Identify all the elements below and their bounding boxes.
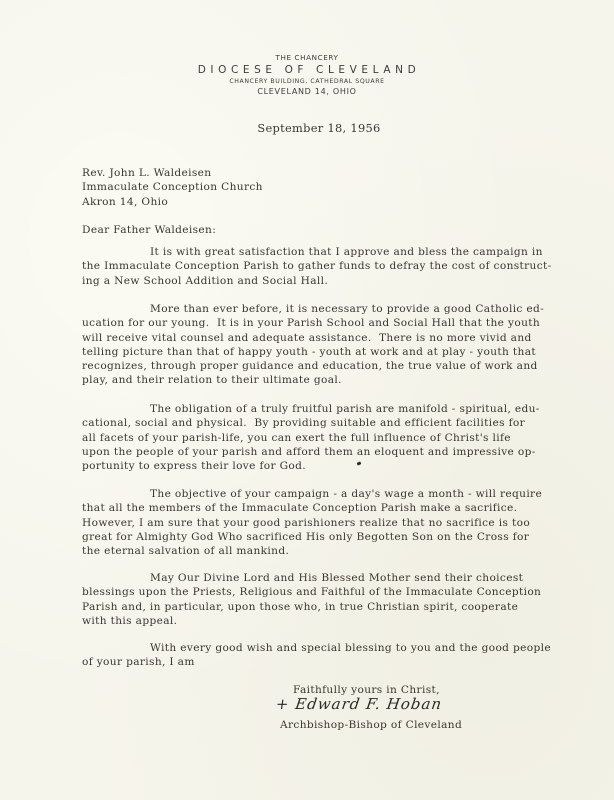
salutation: Dear Father Waldeisen: [82, 223, 216, 237]
letterhead-diocese: DIOCESE OF CLEVELAND [4, 63, 614, 77]
recipient-organization: Immaculate Conception Church [82, 180, 263, 194]
recipient-name: Rev. John L. Waldeisen [82, 166, 263, 180]
paragraph-line: of your parish, I am [82, 655, 551, 669]
paragraph-line: play, and their relation to their ultima… [82, 373, 544, 387]
letterhead: THE CHANCERY DIOCESE OF CLEVELAND CHANCE… [0, 52, 614, 97]
paragraph-4: The objective of your campaign - a day's… [82, 487, 542, 558]
recipient-city: Akron 14, Ohio [82, 195, 263, 209]
paragraph-line: portunity to express their love for God. [82, 459, 540, 473]
paragraph-line: with this appeal. [82, 614, 541, 628]
paragraph-line: More than ever before, it is necessary t… [82, 302, 544, 316]
letter-page [0, 0, 614, 800]
paragraph-line: However, I am sure that your good parish… [82, 516, 542, 530]
paragraph-line: The obligation of a truly fruitful paris… [82, 402, 540, 416]
letterhead-chancery: THE CHANCERY [0, 52, 614, 63]
paragraph-line: upon the people of your parish and affor… [82, 445, 540, 459]
paragraph-line: telling picture than that of happy youth… [82, 345, 544, 359]
paragraph-line: that all the members of the Immaculate C… [82, 501, 542, 515]
paragraph-1: It is with great satisfaction that I app… [82, 245, 552, 288]
paragraph-line: May Our Divine Lord and His Blessed Moth… [82, 571, 541, 585]
paragraph-line: The objective of your campaign - a day's… [82, 487, 542, 501]
paragraph-line: blessings upon the Priests, Religious an… [82, 585, 541, 599]
paragraph-6: With every good wish and special blessin… [82, 641, 551, 670]
paragraph-line: all facets of your parish-life, you can … [82, 431, 540, 445]
paragraph-line: will receive vital counsel and adequate … [82, 331, 544, 345]
paragraph-line: It is with great satisfaction that I app… [82, 245, 552, 259]
paragraph-line: ucation for our young. It is in your Par… [82, 316, 544, 330]
paragraph-5: May Our Divine Lord and His Blessed Moth… [82, 571, 541, 628]
letterhead-city: CLEVELAND 14, OHIO [0, 86, 614, 97]
paragraph-line: ing a New School Addition and Social Hal… [82, 274, 552, 288]
paragraph-line: the eternal salvation of all mankind. [82, 544, 542, 558]
handwritten-signature: + Edward F. Hoban [275, 695, 444, 713]
letterhead-building: CHANCERY BUILDING, CATHEDRAL SQUARE [0, 77, 614, 86]
paragraph-line: Parish and, in particular, upon those wh… [82, 600, 541, 614]
paragraph-3: The obligation of a truly fruitful paris… [82, 402, 540, 473]
paragraph-line: recognizes, through proper guidance and … [82, 359, 544, 373]
recipient-address: Rev. John L. WaldeisenImmaculate Concept… [82, 166, 263, 209]
paragraph-2: More than ever before, it is necessary t… [82, 302, 544, 388]
paragraph-line: With every good wish and special blessin… [82, 641, 551, 655]
paragraph-line: cational, social and physical. By provid… [82, 416, 540, 430]
paragraph-line: the Immaculate Conception Parish to gath… [82, 259, 552, 273]
letter-date: September 18, 1956 [12, 121, 614, 135]
paragraph-line: great for Almighty God Who sacrificed Hi… [82, 530, 542, 544]
signer-title: Archbishop-Bishop of Cleveland [280, 718, 462, 732]
